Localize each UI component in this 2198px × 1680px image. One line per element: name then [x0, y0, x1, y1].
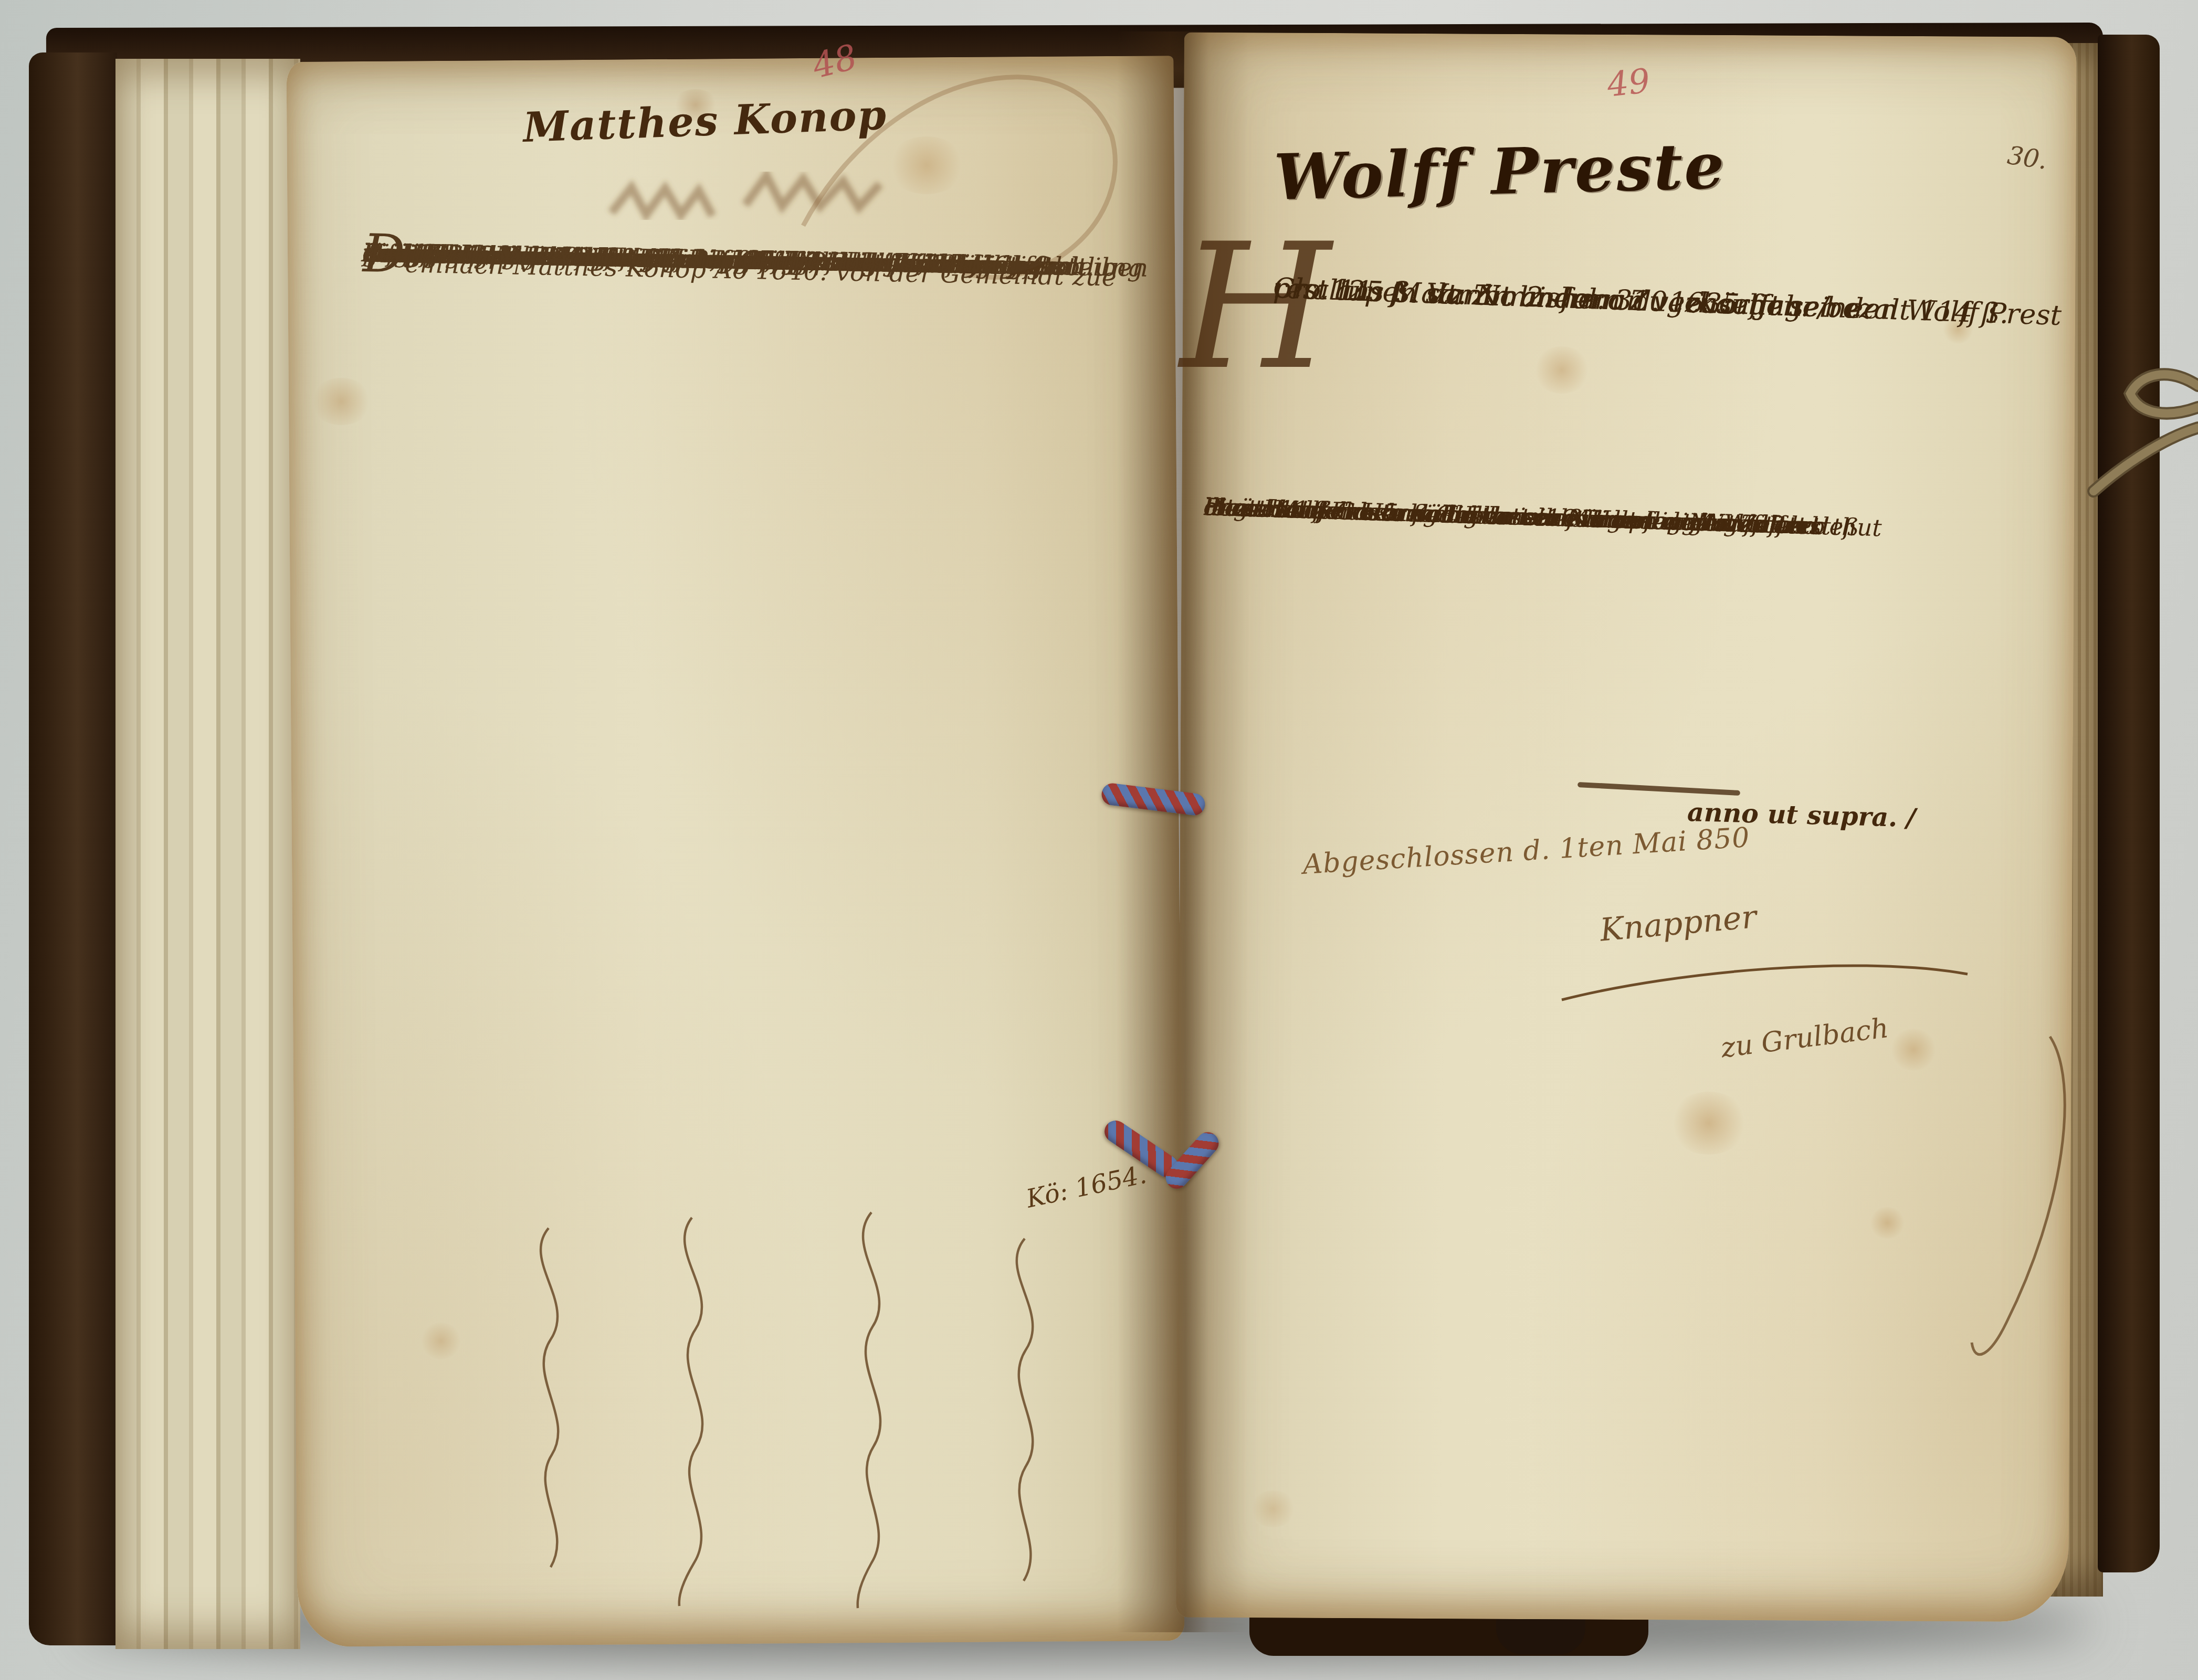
right-page-number: 30.: [2005, 141, 2049, 175]
page-stack-left-edge: [115, 59, 300, 1649]
photo-of-open-manuscript-book: 48 Matthes Konop Demnach Matthes Konop A…: [0, 0, 2198, 1680]
leather-cover-left-edge: [29, 52, 117, 1645]
right-folio-number-red: 49: [1605, 61, 1652, 104]
right-page-heading: Wolff Preste: [1273, 129, 1727, 214]
leather-cover-right-edge: [2098, 35, 2160, 1572]
